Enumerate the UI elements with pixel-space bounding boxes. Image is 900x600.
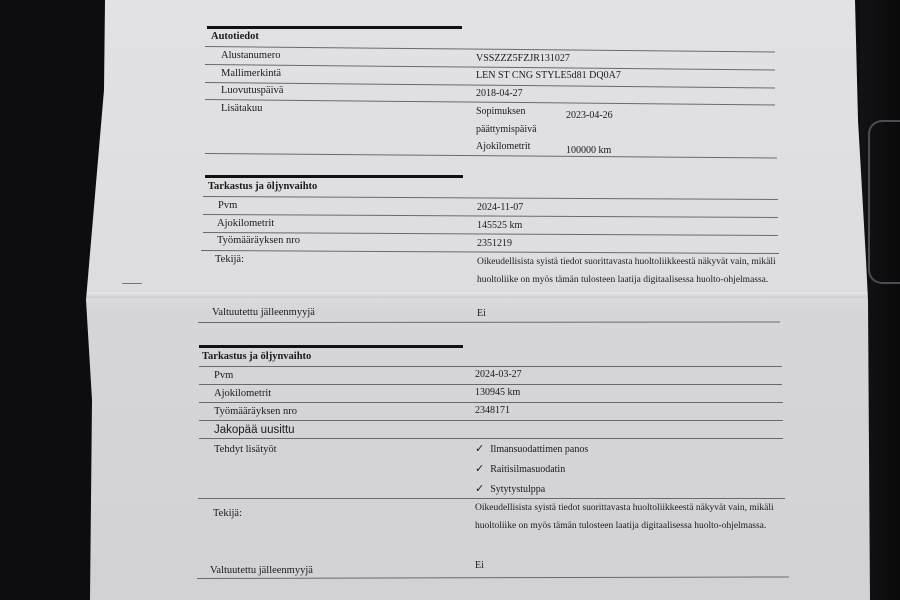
value-delivery-date: 2018-04-27 xyxy=(476,88,523,99)
row-rule xyxy=(199,402,783,403)
label-work-order: Työmääräyksen nro xyxy=(217,235,300,246)
extra-work-item: ✓Raitisilmasuodatin xyxy=(475,462,565,475)
label-delivery-date: Luovutuspäivä xyxy=(221,85,283,96)
row-rule xyxy=(197,576,789,579)
row-rule xyxy=(199,420,783,421)
row-rule xyxy=(199,366,782,367)
label-work-order: Työmääräyksen nro xyxy=(214,406,297,417)
check-icon: ✓ xyxy=(475,463,484,475)
value-mileage: 130945 km xyxy=(475,387,520,398)
label-extended-warranty: Lisätakuu xyxy=(221,103,262,114)
service-history-printout: Autotiedot Alustanumero VSSZZZ5FZJR13102… xyxy=(0,0,900,600)
section-bar xyxy=(205,175,463,178)
label-model-code: Mallimerkintä xyxy=(221,68,281,79)
paper-fold xyxy=(85,292,870,298)
row-rule xyxy=(205,153,777,158)
stray-mark xyxy=(122,283,142,284)
label-date: Pvm xyxy=(218,200,237,211)
section-bar xyxy=(199,345,463,348)
row-rule xyxy=(205,99,775,105)
label-authorized-dealer: Valtuutettu jälleenmyyjä xyxy=(212,307,315,318)
label-mileage: Ajokilometrit xyxy=(217,218,274,229)
row-rule xyxy=(205,46,775,52)
value-mileage: 145525 km xyxy=(477,220,522,231)
section-title-service-2: Tarkastus ja öljynvaihto xyxy=(202,351,311,362)
section-title-service-1: Tarkastus ja öljynvaihto xyxy=(208,181,317,192)
label-performer: Tekijä: xyxy=(213,508,242,519)
row-rule xyxy=(203,214,778,218)
label-chassis-number: Alustanumero xyxy=(221,50,281,61)
row-rule xyxy=(198,321,780,323)
performer-note-line-2: huoltoliike on myös tämän tulosteen laat… xyxy=(477,271,768,289)
value-model-code: LEN ST CNG STYLE5d81 DQ0A7 xyxy=(476,70,621,81)
value-authorized-dealer: Ei xyxy=(475,560,484,571)
label-performer: Tekijä: xyxy=(215,254,244,265)
performer-note-line-2: huoltoliike on myös tämän tulosteen laat… xyxy=(475,517,766,535)
value-work-order: 2348171 xyxy=(475,405,510,416)
check-icon: ✓ xyxy=(475,443,484,455)
label-date: Pvm xyxy=(214,370,233,381)
row-rule xyxy=(203,196,778,200)
label-timing-belt-replaced: Jakopää uusittu xyxy=(214,424,295,436)
value-work-order: 2351219 xyxy=(477,238,512,249)
label-warranty-km: Ajokilometrit xyxy=(476,141,530,152)
extra-work-item: ✓Ilmansuodattimen panos xyxy=(475,442,588,455)
extra-work-item: ✓Sytytystulppa xyxy=(475,482,545,495)
value-authorized-dealer: Ei xyxy=(477,308,486,319)
label-contract-end: Sopimuksen xyxy=(476,106,525,117)
value-warranty-km: 100000 km xyxy=(566,145,611,156)
section-title-vehicle: Autotiedot xyxy=(211,31,259,42)
value-date: 2024-03-27 xyxy=(475,369,522,380)
label-extra-work: Tehdyt lisätyöt xyxy=(214,444,277,455)
performer-note-line-1: Oikeudellisista syistä tiedot suorittava… xyxy=(477,253,776,271)
row-rule xyxy=(199,384,782,385)
label-mileage: Ajokilometrit xyxy=(214,388,271,399)
value-contract-end: 2023-04-26 xyxy=(566,110,613,121)
section-bar xyxy=(207,26,462,29)
label-authorized-dealer: Valtuutettu jälleenmyyjä xyxy=(210,565,313,576)
label-contract-end-2: päättymispäivä xyxy=(476,124,537,135)
value-chassis-number: VSSZZZ5FZJR131027 xyxy=(476,53,570,64)
value-date: 2024-11-07 xyxy=(477,202,523,213)
check-icon: ✓ xyxy=(475,483,484,495)
row-rule xyxy=(199,438,783,439)
car-interior-detail xyxy=(868,120,900,284)
performer-note-line-1: Oikeudellisista syistä tiedot suorittava… xyxy=(475,499,774,517)
